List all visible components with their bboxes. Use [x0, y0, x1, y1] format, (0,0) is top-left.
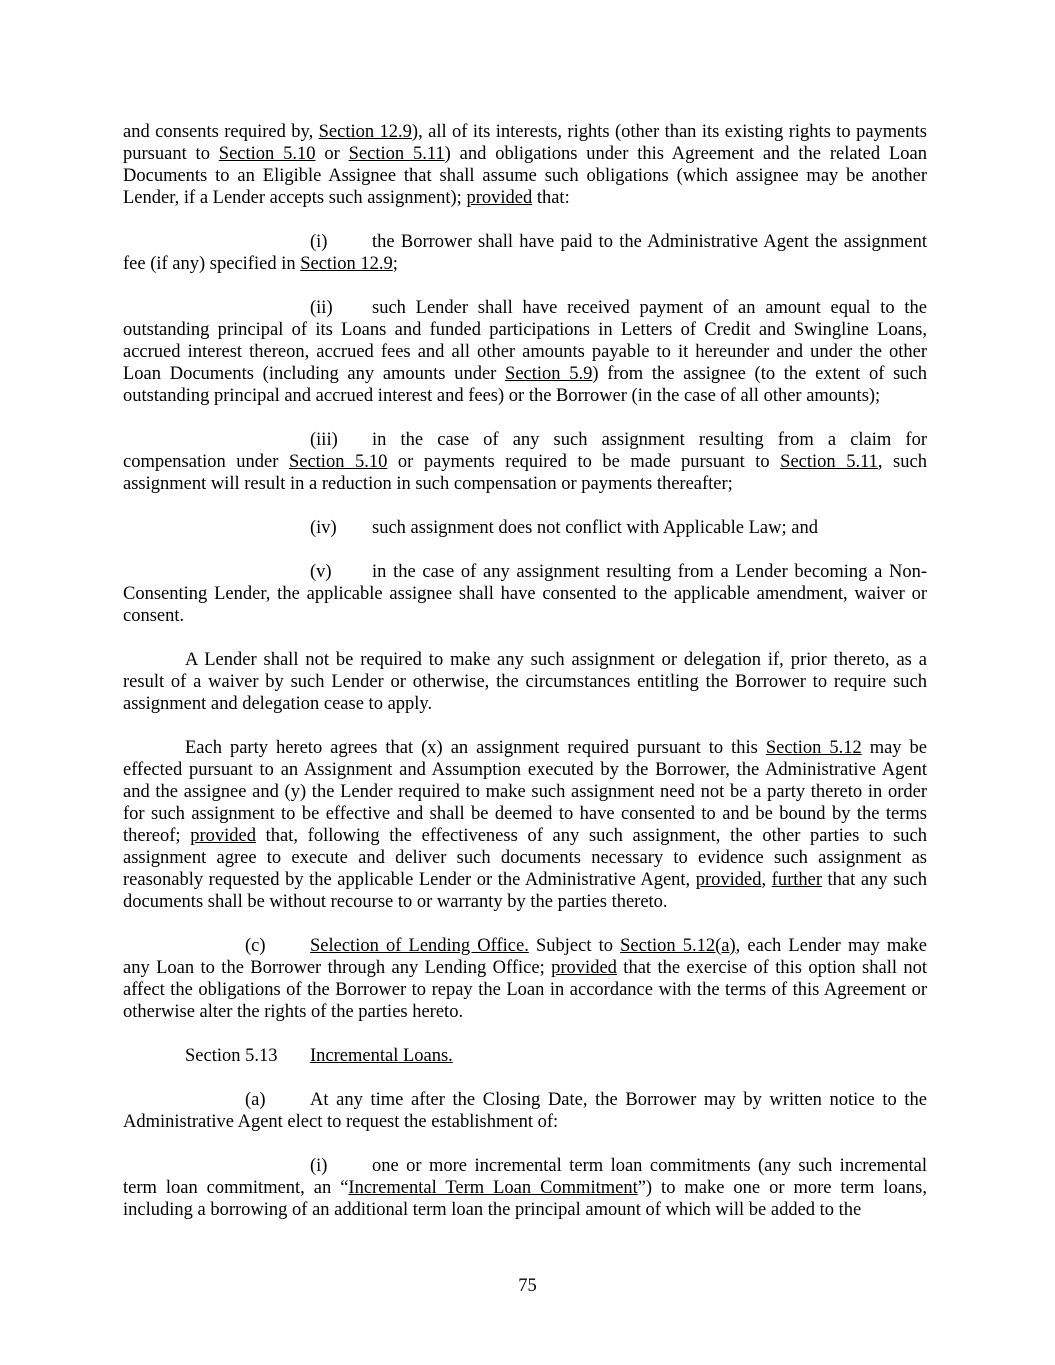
- para-each-party-agrees: Each party hereto agrees that (x) an ass…: [123, 737, 927, 913]
- list-marker: (i): [310, 1155, 372, 1177]
- text-run: ;: [393, 254, 398, 274]
- underlined-term: Section 5.11: [780, 452, 878, 472]
- text-run: or: [316, 144, 349, 164]
- clause-iv-applicable-law: (iv)such assignment does not conflict wi…: [123, 517, 927, 539]
- section-number: Section 5.13: [185, 1045, 310, 1067]
- text-run: the Borrower shall have paid to the Admi…: [123, 232, 927, 274]
- underlined-term: provided: [696, 870, 762, 890]
- text-run: and consents required by,: [123, 122, 319, 142]
- clause-iii-compensation-claim: (iii)in the case of any such assignment …: [123, 429, 927, 495]
- underlined-term: Section 5.9: [505, 364, 592, 384]
- text-run: in the case of any assignment resulting …: [123, 562, 927, 626]
- list-marker: (a): [245, 1089, 310, 1111]
- underlined-term: Section 12.9: [300, 254, 393, 274]
- underlined-term: Incremental Loans.: [310, 1046, 453, 1066]
- underlined-term: provided: [551, 958, 617, 978]
- underlined-term: Section 12.9: [319, 122, 412, 142]
- list-marker: (i): [310, 231, 372, 253]
- clause-ii-payment-received: (ii)such Lender shall have received paym…: [123, 297, 927, 407]
- page-number: 75: [0, 1275, 1055, 1297]
- text-run: or payments required to be made pursuant…: [387, 452, 780, 472]
- list-marker: (v): [310, 561, 372, 583]
- text-run: A Lender shall not be required to make a…: [123, 650, 927, 714]
- underlined-term: provided: [466, 188, 532, 208]
- text-run: ,: [761, 870, 771, 890]
- text-run: such assignment does not conflict with A…: [372, 518, 818, 538]
- clause-i-assignment-fee: (i)the Borrower shall have paid to the A…: [123, 231, 927, 275]
- para-assignment-intro: and consents required by, Section 12.9),…: [123, 121, 927, 209]
- underlined-term: Section 5.12(a): [620, 936, 736, 956]
- underlined-term: Section 5.10: [289, 452, 387, 472]
- clause-i-incremental-term-loan: (i)one or more incremental term loan com…: [123, 1155, 927, 1221]
- text-run: Subject to: [529, 936, 620, 956]
- underlined-term: Section 5.12: [766, 738, 862, 758]
- underlined-term: Selection of Lending Office.: [310, 936, 529, 956]
- document-body: and consents required by, Section 12.9),…: [123, 121, 927, 1243]
- underlined-term: further: [772, 870, 822, 890]
- text-run: that:: [532, 188, 570, 208]
- clause-v-non-consenting-lender: (v)in the case of any assignment resulti…: [123, 561, 927, 627]
- underlined-term: Section 5.10: [219, 144, 316, 164]
- text-run: Each party hereto agrees that (x) an ass…: [185, 738, 766, 758]
- list-marker: (iii): [310, 429, 372, 451]
- list-marker: (c): [245, 935, 310, 957]
- para-lender-not-required: A Lender shall not be required to make a…: [123, 649, 927, 715]
- list-marker: (iv): [310, 517, 372, 539]
- clause-c-selection-of-lending-office: (c)Selection of Lending Office. Subject …: [123, 935, 927, 1023]
- text-run: At any time after the Closing Date, the …: [123, 1090, 927, 1132]
- underlined-term: Incremental Term Loan Commitment: [348, 1178, 637, 1198]
- underlined-term: provided: [190, 826, 256, 846]
- underlined-term: Section 5.11: [349, 144, 445, 164]
- clause-a-written-notice: (a)At any time after the Closing Date, t…: [123, 1089, 927, 1133]
- list-marker: (ii): [310, 297, 372, 319]
- document-page: and consents required by, Section 12.9),…: [0, 0, 1055, 1365]
- heading-section-5-13: Section 5.13Incremental Loans.: [123, 1045, 927, 1067]
